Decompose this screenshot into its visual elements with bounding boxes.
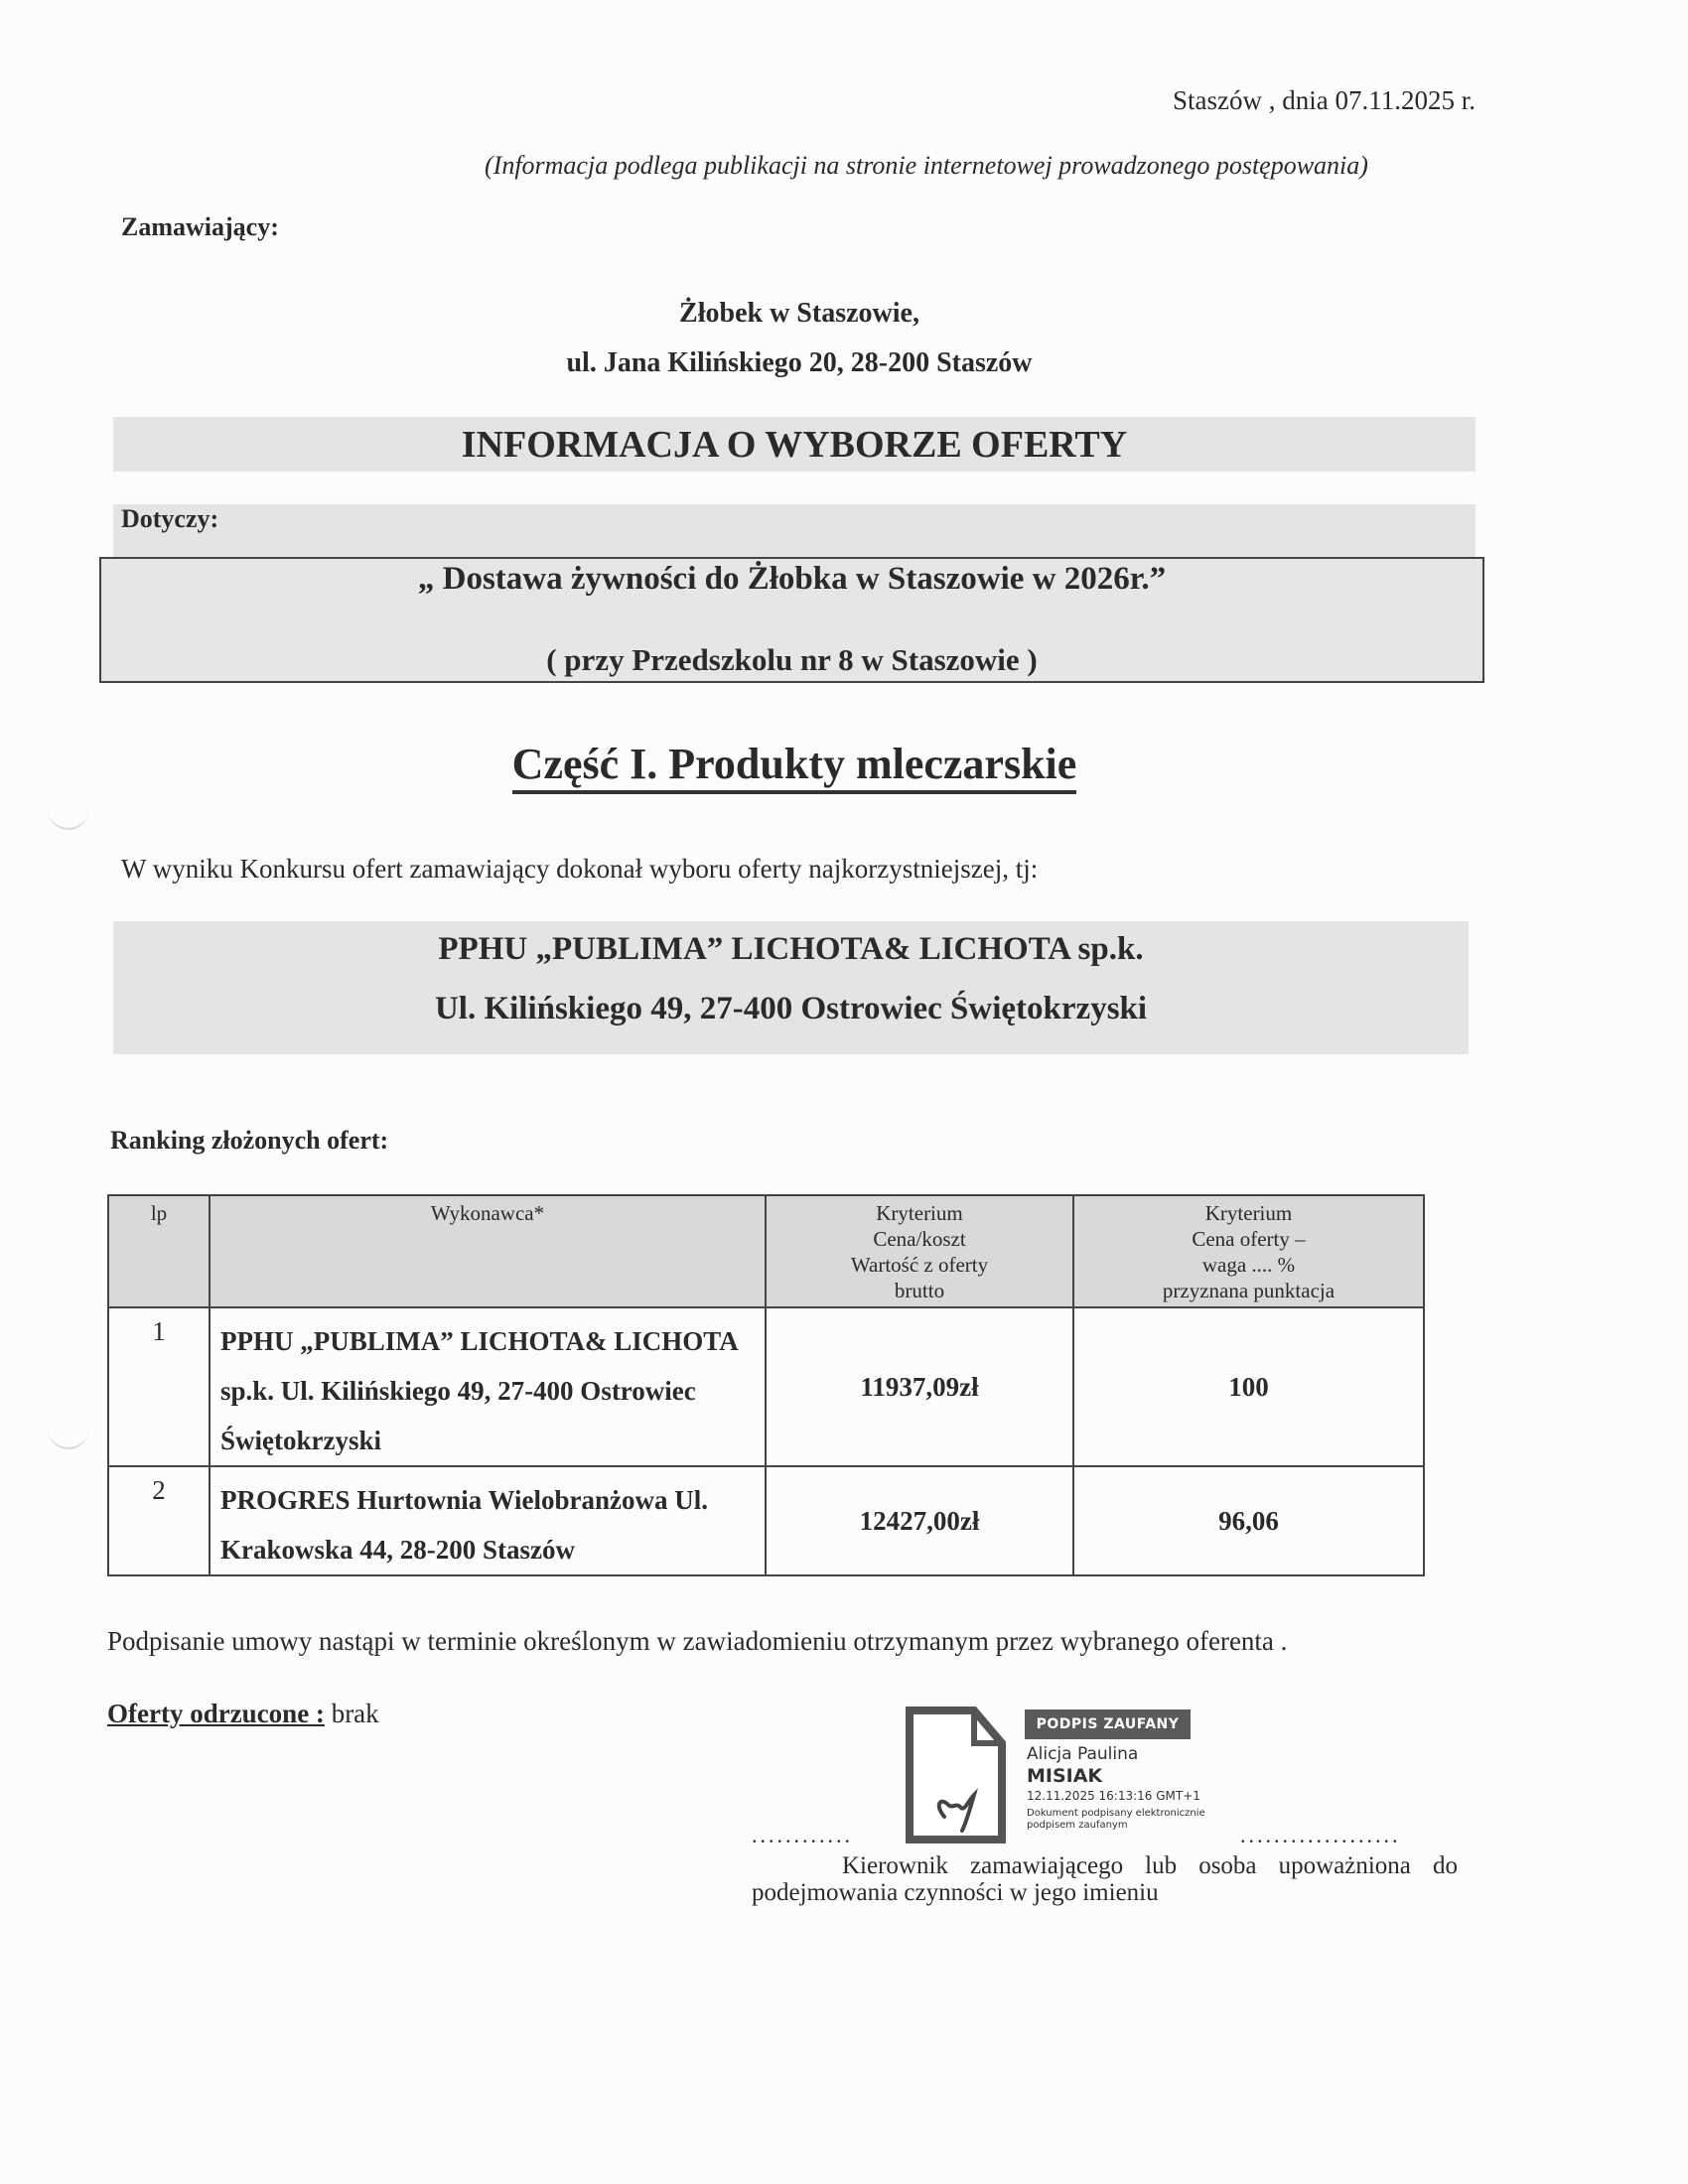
signature-dots-left: ............ xyxy=(752,1823,853,1848)
row-price: 12427,00zł xyxy=(766,1466,1073,1575)
row-lp: 1 xyxy=(108,1307,210,1466)
signer-role-line-1: Kierownik zamawiającego lub osoba upoważ… xyxy=(842,1852,1458,1880)
part-title-text: Część I. Produkty mleczarskie xyxy=(512,740,1077,794)
column-header-text: lp xyxy=(151,1201,167,1225)
column-header-text: Kryterium Cena oferty – waga .... % przy… xyxy=(1163,1201,1335,1302)
signer-surname: MISIAK xyxy=(1027,1765,1102,1787)
row-points: 100 xyxy=(1073,1307,1424,1466)
signature-note: podpisem zaufanym xyxy=(1027,1820,1128,1831)
winner-address: Ul. Kilińskiego 49, 27-400 Ostrowiec Świ… xyxy=(113,991,1469,1027)
signature-note: Dokument podpisany elektronicznie xyxy=(1027,1808,1205,1819)
row-lp: 2 xyxy=(108,1466,210,1575)
subject-line-1: „ Dostawa żywności do Żłobka w Staszowie… xyxy=(99,561,1484,598)
subject-label: Dotyczy: xyxy=(121,504,218,534)
intro-text: W wyniku Konkursu ofert zamawiający doko… xyxy=(121,854,1038,885)
row-price: 11937,09zł xyxy=(766,1307,1073,1466)
row-points: 96,06 xyxy=(1073,1466,1424,1575)
rejected-offers-label: Oferty odrzucone : xyxy=(107,1699,325,1728)
row-contractor: PROGRES Hurtownia Wielobranżowa Ul. Krak… xyxy=(210,1466,766,1575)
column-header-text: Kryterium Cena/koszt Wartość z oferty br… xyxy=(851,1201,988,1302)
signature-dots-right: ................... xyxy=(1240,1823,1401,1848)
ranking-label: Ranking złożonych ofert: xyxy=(110,1126,388,1156)
contract-note: Podpisanie umowy nastąpi w terminie okre… xyxy=(107,1626,1287,1657)
place-date: Staszów , dnia 07.11.2025 r. xyxy=(1173,85,1476,116)
table-row: 1 PPHU „PUBLIMA” LICHOTA& LICHOTA sp.k. … xyxy=(108,1307,1424,1466)
publication-note: (Informacja podlega publikacji na stroni… xyxy=(485,151,1368,181)
trusted-signature-badge: PODPIS ZAUFANY xyxy=(1025,1709,1191,1739)
winner-name: PPHU „PUBLIMA” LICHOTA& LICHOTA sp.k. xyxy=(113,931,1469,968)
contracting-authority-label: Zamawiający: xyxy=(121,212,279,242)
contracting-authority-address: ul. Jana Kilińskiego 20, 28-200 Staszów xyxy=(0,347,1599,379)
punch-hole-mark xyxy=(48,1426,89,1449)
signer-role-line-2: podejmowania czynności w jego imieniu xyxy=(752,1879,1159,1907)
punch-hole-mark xyxy=(48,806,89,830)
contracting-authority-name: Żłobek w Staszowie, xyxy=(0,298,1599,330)
rejected-offers: Oferty odrzucone : brak xyxy=(107,1699,379,1729)
ranking-table: lp Wykonawca* Kryterium Cena/koszt Warto… xyxy=(107,1194,1425,1576)
signature-timestamp: 12.11.2025 16:13:16 GMT+1 xyxy=(1027,1789,1200,1803)
row-contractor: PPHU „PUBLIMA” LICHOTA& LICHOTA sp.k. Ul… xyxy=(210,1307,766,1466)
column-header-price: Kryterium Cena/koszt Wartość z oferty br… xyxy=(766,1195,1073,1307)
column-header-text: Wykonawca* xyxy=(431,1201,544,1225)
subject-label-band xyxy=(113,504,1476,559)
subject-line-2: ( przy Przedszkolu nr 8 w Staszowie ) xyxy=(99,642,1484,678)
column-header-contractor: Wykonawca* xyxy=(210,1195,766,1307)
page-title: INFORMACJA O WYBORZE OFERTY xyxy=(113,423,1476,467)
signer-first-names: Alicja Paulina xyxy=(1027,1744,1138,1764)
rejected-offers-value: brak xyxy=(325,1699,379,1728)
table-header-row: lp Wykonawca* Kryterium Cena/koszt Warto… xyxy=(108,1195,1424,1307)
column-header-lp: lp xyxy=(108,1195,210,1307)
column-header-points: Kryterium Cena oferty – waga .... % przy… xyxy=(1073,1195,1424,1307)
signed-document-icon xyxy=(905,1706,1007,1844)
table-row: 2 PROGRES Hurtownia Wielobranżowa Ul. Kr… xyxy=(108,1466,1424,1575)
part-title: Część I. Produkty mleczarskie xyxy=(0,739,1589,789)
